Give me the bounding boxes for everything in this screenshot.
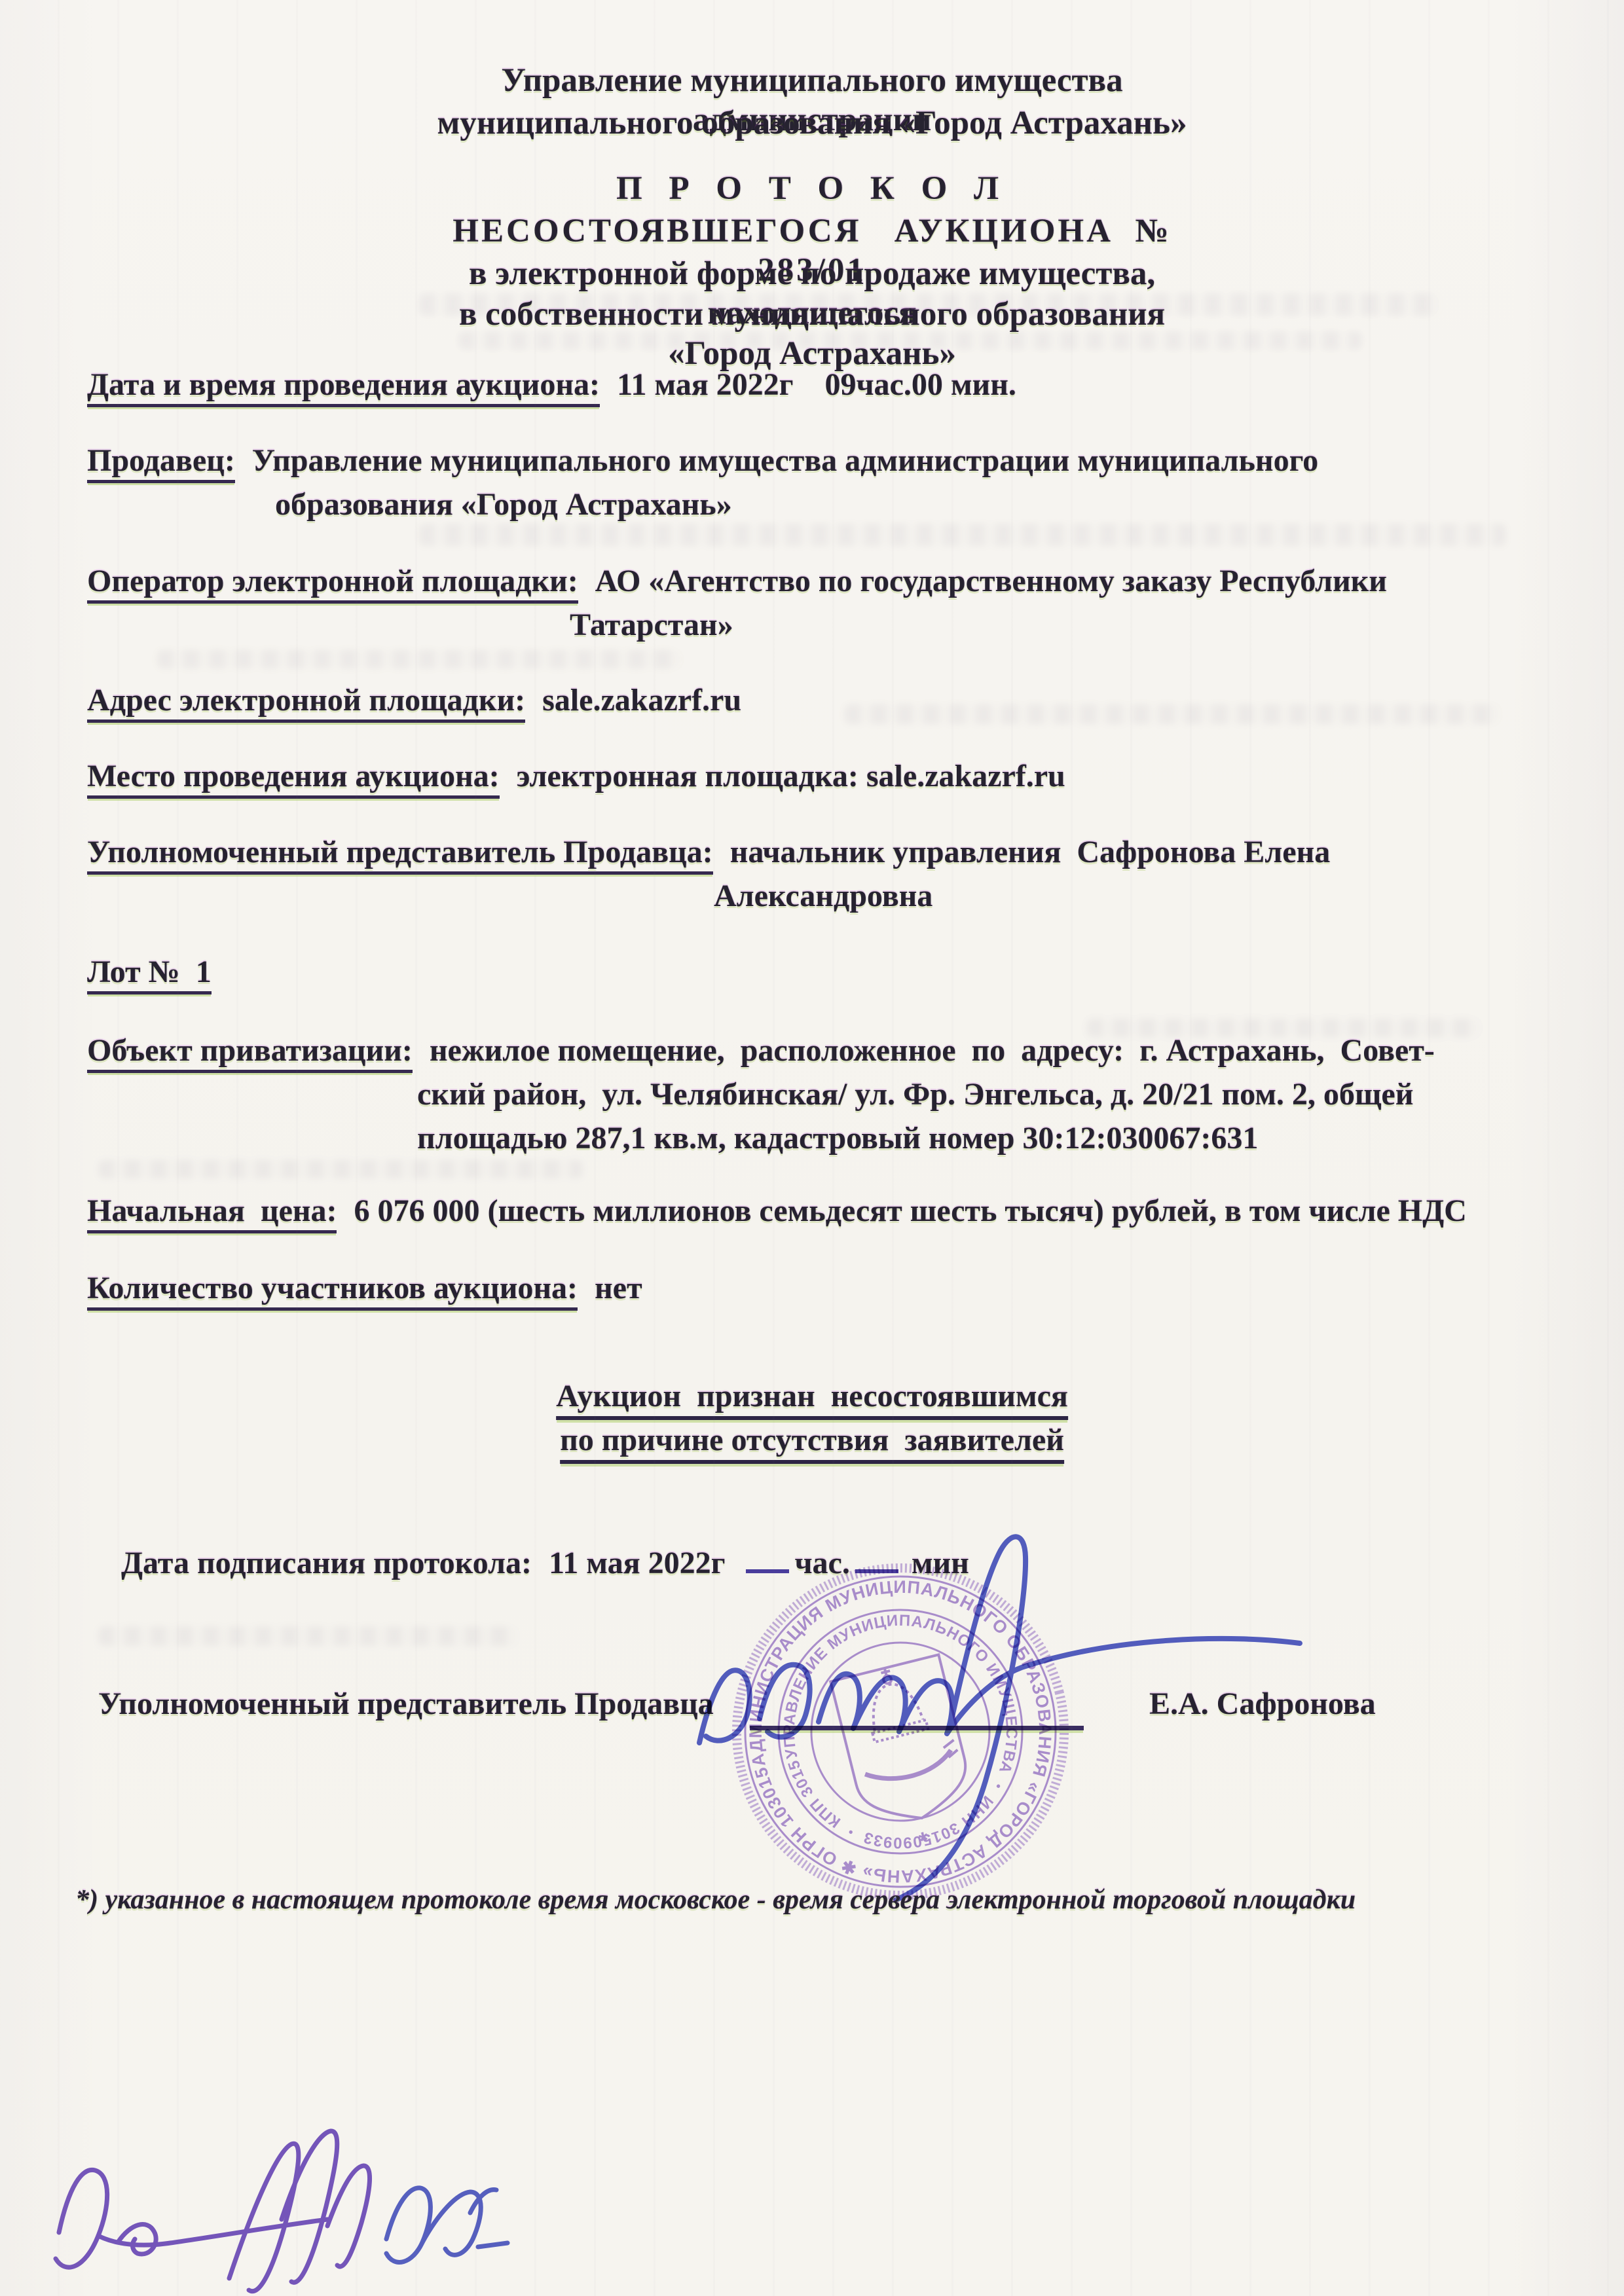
bleedthrough-artifact	[419, 524, 1506, 546]
field-lot-number: Лот № 1	[87, 953, 212, 992]
field-label: Оператор электронной площадки:	[87, 564, 578, 604]
field-value: нет	[578, 1271, 642, 1305]
field-label: Лот № 1	[87, 955, 212, 994]
field-value: электронная площадка: sale.zakazrf.ru	[500, 759, 1065, 793]
field-auction-venue: Место проведения аукциона:электронная пл…	[87, 757, 1065, 796]
field-value: начальник управления Сафронова Елена	[713, 835, 1331, 869]
field-privatization-object-line3: площадью 287,1 кв.м, кадастровый номер 3…	[417, 1119, 1258, 1158]
field-platform-operator-line2: Татарстан»	[570, 606, 733, 645]
field-auction-datetime: Дата и время проведения аукциона:11 мая …	[87, 365, 1016, 405]
field-starting-price: Начальная цена:6 076 000 (шесть миллионо…	[87, 1192, 1467, 1231]
field-label: Место проведения аукциона:	[87, 759, 500, 799]
auction-result-line1: Аукцион признан несостоявшимся	[556, 1377, 1068, 1416]
field-privatization-object-line2: ский район, ул. Челябинская/ ул. Фр. Энг…	[417, 1075, 1413, 1114]
field-value: АО «Агентство по государственному заказу…	[578, 564, 1387, 598]
bleedthrough-artifact	[98, 1160, 583, 1178]
field-label: Начальная цена:	[87, 1194, 337, 1233]
representative-signature-ink	[655, 1506, 1342, 1931]
signature-rep-label: Уполномоченный представитель Продавца	[98, 1685, 714, 1724]
doc-title-protocol: П Р О Т О К О Л	[616, 169, 1008, 208]
field-privatization-object: Объект приватизации:нежилое помещение, р…	[87, 1031, 1435, 1070]
field-label: Объект приватизации:	[87, 1033, 413, 1073]
field-seller-line2: образования «Город Астрахань»	[275, 485, 732, 524]
field-value: нежилое помещение, расположенное по адре…	[413, 1033, 1435, 1068]
field-participants-count: Количество участников аукциона:нет	[87, 1269, 642, 1308]
field-value: 11 мая 2022г 09час.00 мин.	[600, 367, 1016, 402]
field-seller-representative-line2: Александровна	[714, 877, 932, 916]
org-name-line2: муниципального образования «Город Астрах…	[437, 103, 1187, 143]
field-label: Уполномоченный представитель Продавца:	[87, 835, 713, 875]
bleedthrough-artifact	[845, 704, 1500, 724]
field-label: Адрес электронной площадки:	[87, 683, 525, 723]
field-value: sale.zakazrf.ru	[525, 683, 741, 718]
auction-result-line2: по причине отсутствия заявителей	[560, 1421, 1064, 1460]
bottom-handwritten-visas	[20, 2082, 530, 2296]
scanned-protocol-page: Управление муниципального имущества адми…	[0, 0, 1624, 2296]
field-seller: Продавец:Управление муниципального имуще…	[87, 441, 1318, 481]
field-platform-operator: Оператор электронной площадки:АО «Агентс…	[87, 562, 1387, 601]
field-value: 6 076 000 (шесть миллионов семьдесят шес…	[337, 1194, 1466, 1228]
bleedthrough-artifact	[98, 1626, 517, 1646]
bleedthrough-artifact	[157, 650, 681, 668]
field-label: Количество участников аукциона:	[87, 1271, 578, 1311]
doc-title-line4: в собственности муниципального образован…	[406, 295, 1218, 373]
moscow-time-footnote: *) указанное в настоящем протоколе время…	[75, 1880, 1356, 1920]
field-seller-representative: Уполномоченный представитель Продавца:на…	[87, 833, 1330, 872]
signing-date-label: Дата подписания протокола:	[121, 1546, 532, 1580]
field-platform-address: Адрес электронной площадки:sale.zakazrf.…	[87, 681, 741, 720]
field-label: Продавец:	[87, 443, 235, 483]
field-label: Дата и время проведения аукциона:	[87, 367, 600, 407]
field-value: Управление муниципального имущества адми…	[235, 443, 1318, 478]
